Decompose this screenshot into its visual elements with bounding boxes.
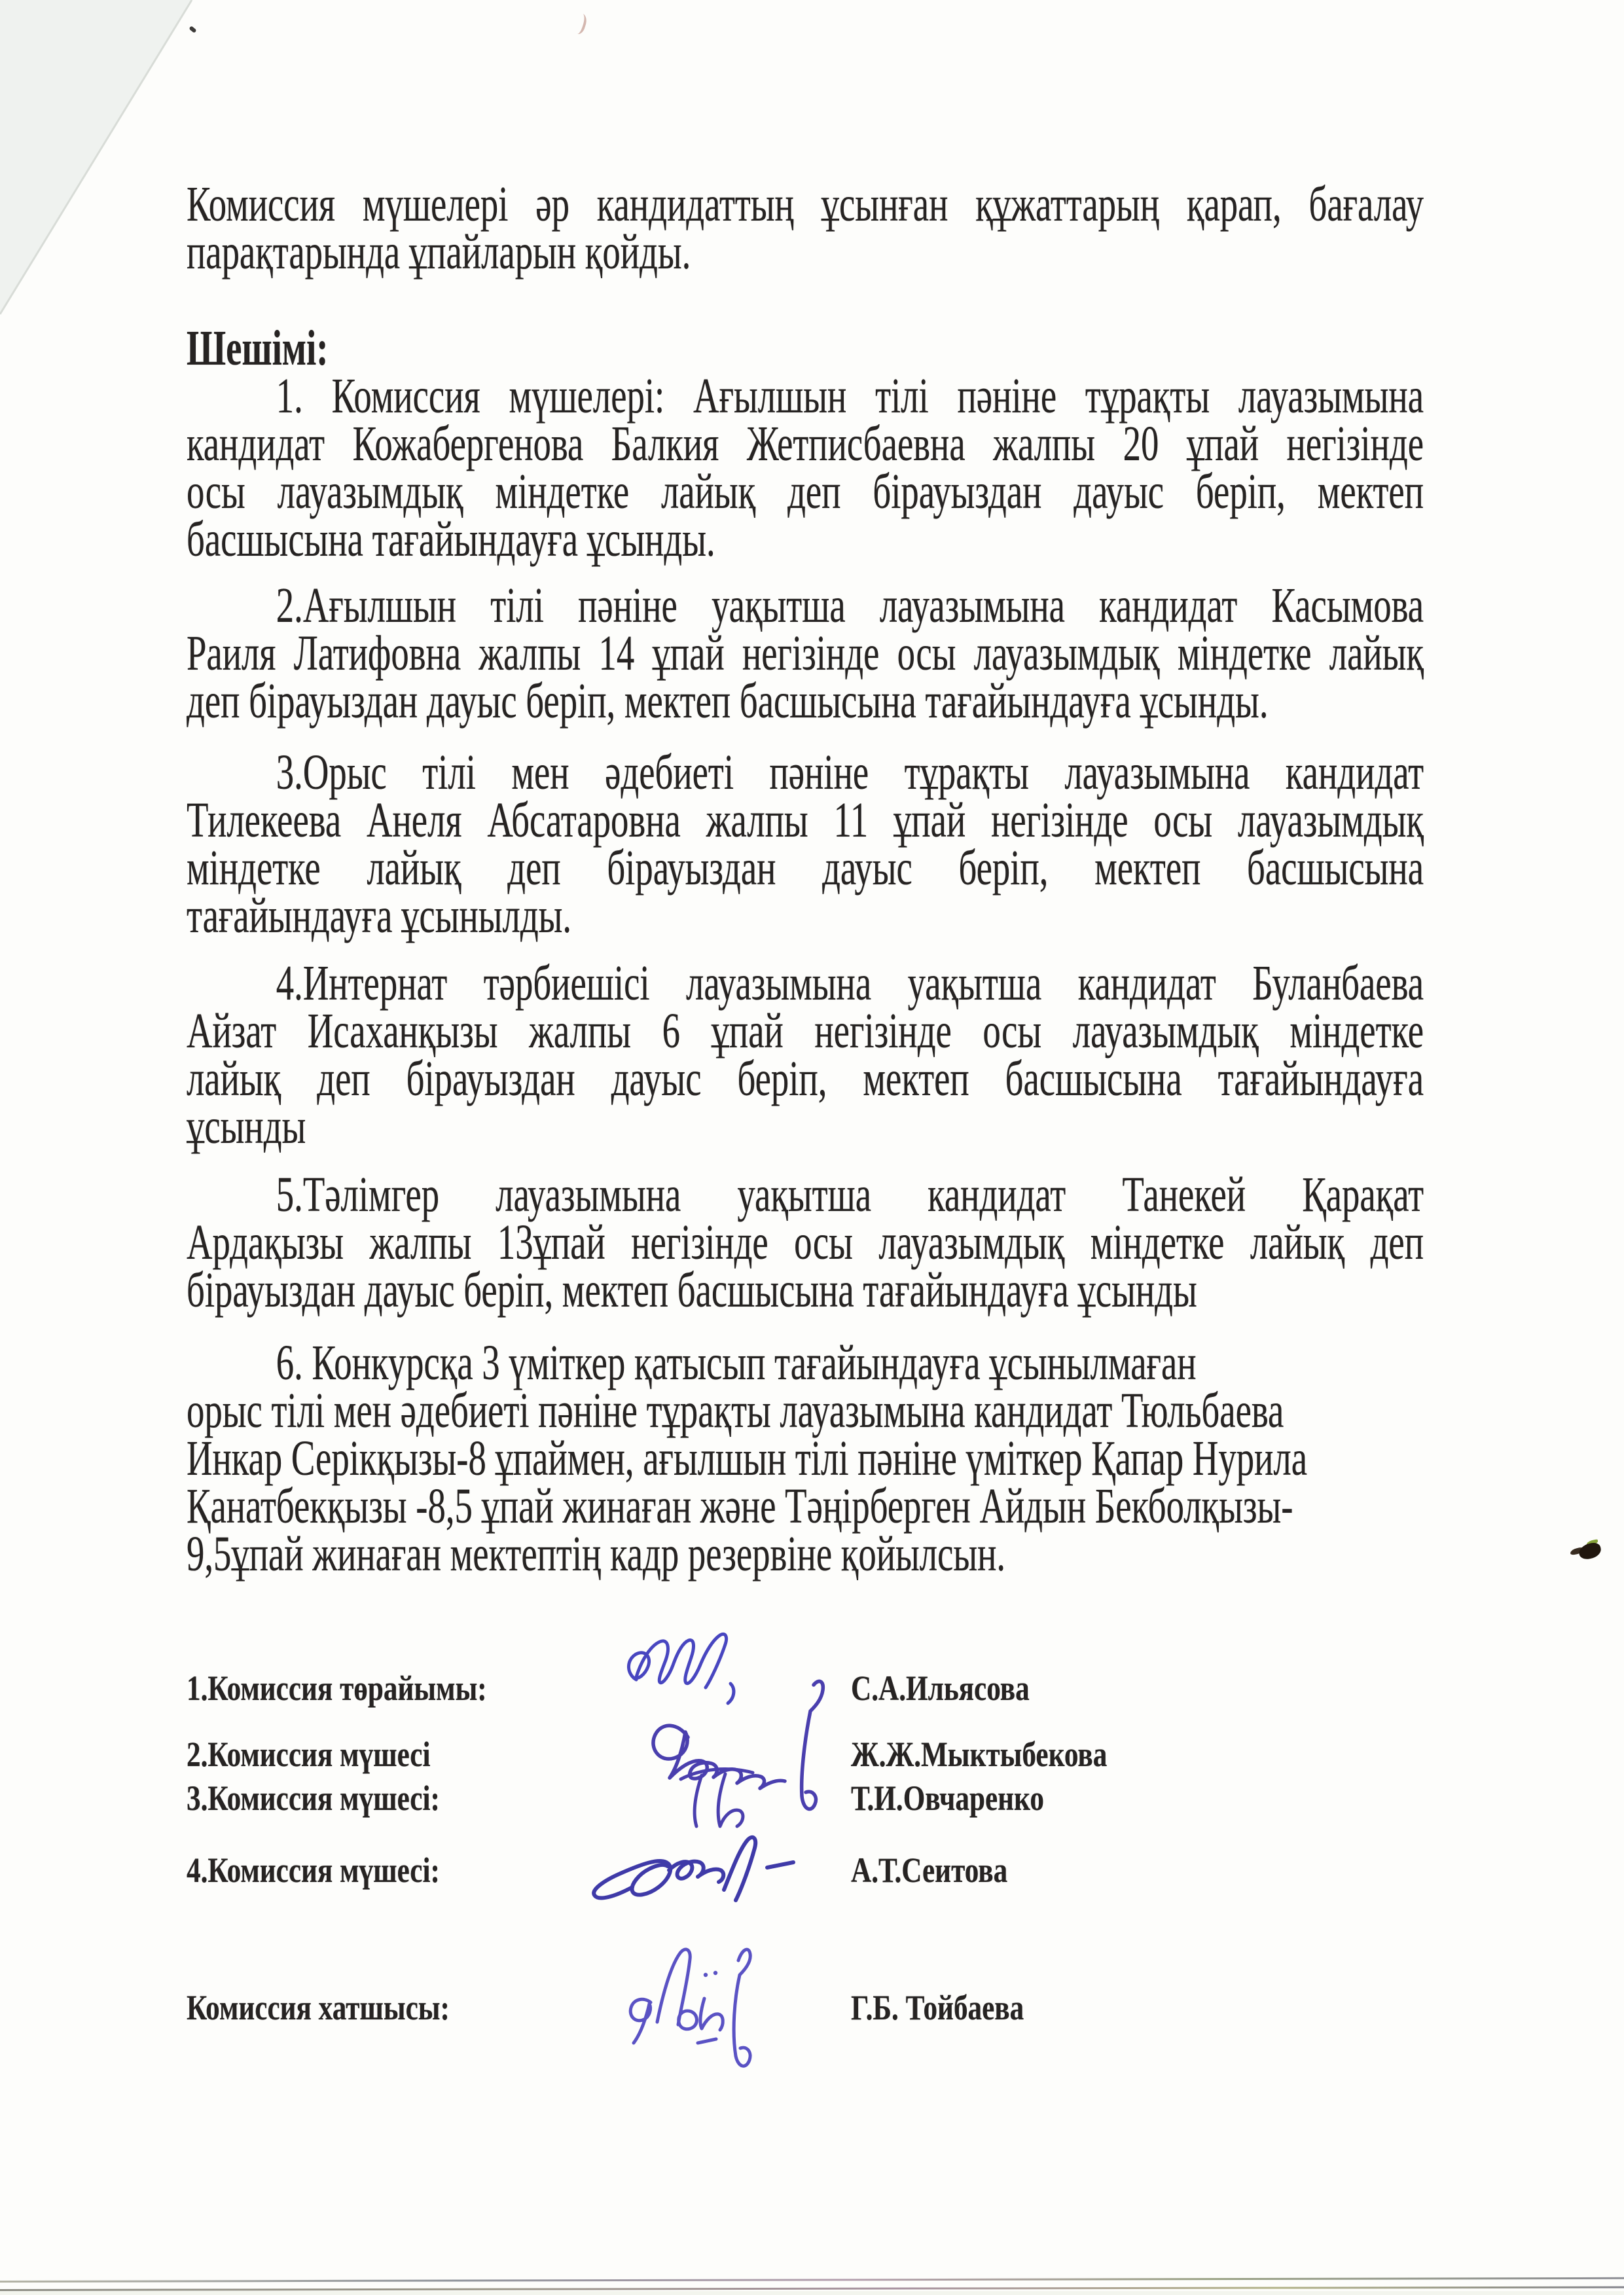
decision-item-2: 2.Ағылшын тілі пәніне уақытша лауазымына… (187, 582, 1424, 725)
text-line: 1. Комиссия мүшелері: Ағылшын тілі пәнін… (187, 372, 1424, 420)
signature-row-3-name: Т.И.Овчаренко (851, 1778, 1044, 1818)
signature-ink-member-4 (589, 1830, 799, 1921)
text-line: деп бірауыздан дауыс беріп, мектеп басшы… (187, 678, 1424, 725)
text-line: 4.Интернат тәрбиешісі лауазымына уақытша… (187, 960, 1424, 1007)
signature-row-1-name: С.А.Ильясова (851, 1668, 1030, 1708)
faint-pen-mark (570, 12, 589, 36)
text-line: осы лауазымдық міндетке лайық деп бірауы… (187, 468, 1424, 516)
text-line: 3.Орыс тілі мен әдебиеті пәніне тұрақты … (187, 749, 1424, 797)
scanner-edge-line (0, 2286, 1624, 2291)
decision-item-6: 6. Конкурсқа 3 үміткер қатысып тағайында… (187, 1339, 1424, 1578)
page-corner-fold (0, 0, 196, 321)
text-line: ұсынды (187, 1103, 1424, 1151)
text-line: бірауыздан дауыс беріп, мектеп басшысына… (187, 1267, 1424, 1314)
text-line: Айзат Исаханқызы жалпы 6 ұпай негізінде … (187, 1007, 1424, 1055)
signature-row-4-label: 4.Комиссия мүшесі: (187, 1850, 440, 1890)
scanner-edge-line (0, 2277, 1624, 2283)
text-line: лайық деп бірауыздан дауыс беріп, мектеп… (187, 1055, 1424, 1103)
scanned-document-page: Комиссия мүшелері әр кандидаттың ұсынған… (0, 0, 1624, 2295)
decision-heading: Шешімі: (187, 325, 328, 372)
ink-blot (1578, 1542, 1602, 1561)
decision-item-3: 3.Орыс тілі мен әдебиеті пәніне тұрақты … (187, 749, 1424, 940)
decision-item-1: 1. Комиссия мүшелері: Ағылшын тілі пәнін… (187, 372, 1424, 564)
secretary-row-name: Г.Б. Тойбаева (851, 1987, 1024, 2028)
text-line: Тилекеева Анеля Абсатаровна жалпы 11 ұпа… (187, 797, 1424, 844)
signature-ink-member-3 (674, 1760, 759, 1832)
text-line: Раиля Латифовна жалпы 14 ұпай негізінде … (187, 630, 1424, 678)
signature-row-2-label: 2.Комиссия мүшесі (187, 1734, 430, 1775)
text-line: 2.Ағылшын тілі пәніне уақытша лауазымына… (187, 582, 1424, 630)
text-line: 6. Конкурсқа 3 үміткер қатысып тағайында… (187, 1339, 1424, 1387)
text-line: 5.Тәлімгер лауазымына уақытша кандидат Т… (187, 1171, 1424, 1219)
signature-ink-secretary (622, 1933, 772, 2074)
decision-item-5: 5.Тәлімгер лауазымына уақытша кандидат Т… (187, 1171, 1424, 1314)
signature-row-2-name: Ж.Ж.Мыктыбекова (851, 1734, 1107, 1775)
text-line: міндетке лайық деп бірауыздан дауыс бері… (187, 844, 1424, 892)
scanner-edge-tint (0, 2291, 1624, 2295)
text-line: орыс тілі мен әдебиеті пәніне тұрақты ла… (187, 1387, 1424, 1435)
text-line: Ардақызы жалпы 13ұпай негізінде осы лауа… (187, 1219, 1424, 1267)
text-line: 9,5ұпай жинаған мектептің кадр резервіне… (187, 1530, 1424, 1578)
signature-row-1-label: 1.Комиссия төрайымы: (187, 1668, 487, 1708)
secretary-row-label: Комиссия хатшысы: (187, 1987, 450, 2028)
text-line: кандидат Кожабергенова Балкия Жетписбаев… (187, 420, 1424, 468)
text-line: Қанатбекқызы -8,5 ұпай жинаған және Тәңі… (187, 1483, 1424, 1530)
text-line: парақтарында ұпайларын қойды. (187, 228, 1424, 276)
text-line: Комиссия мүшелері әр кандидаттың ұсынған… (187, 181, 1424, 228)
intro-paragraph: Комиссия мүшелері әр кандидаттың ұсынған… (187, 181, 1424, 276)
signature-row-4-name: А.Т.Сеитова (851, 1850, 1007, 1890)
text-line: Инкар Серікқызы-8 ұпаймен, ағылшын тілі … (187, 1435, 1424, 1483)
decision-item-4: 4.Интернат тәрбиешісі лауазымына уақытша… (187, 960, 1424, 1151)
text-line: басшысына тағайындауға ұсынды. (187, 516, 1424, 564)
signature-row-3-label: 3.Комиссия мүшесі: (187, 1778, 440, 1818)
text-line: тағайындауға ұсынылды. (187, 892, 1424, 940)
